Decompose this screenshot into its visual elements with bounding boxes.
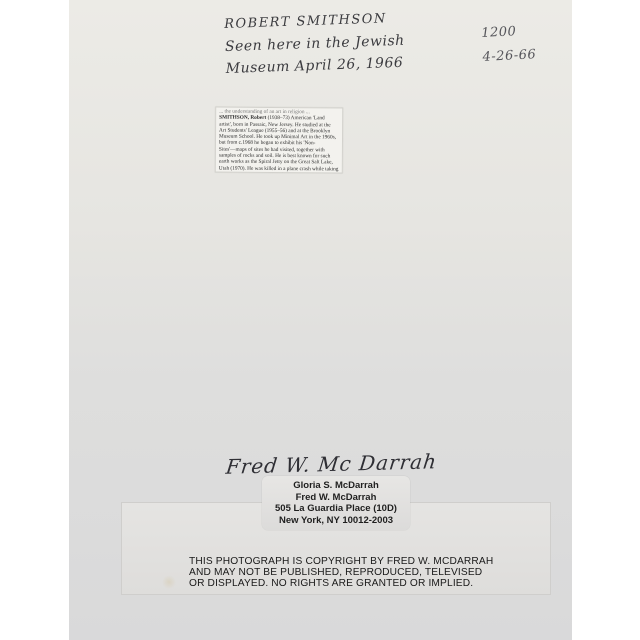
clipping-entry-name: SMITHSON, Robert [219, 115, 266, 121]
paper-stain [162, 575, 176, 589]
address-line: 505 La Guardia Place (10D) [262, 503, 410, 515]
handwritten-reference: 1200 4-26-66 [481, 19, 537, 70]
reference-number: 1200 [481, 19, 536, 46]
address-line: New York, NY 10012-2003 [262, 515, 410, 527]
copyright-notice: THIS PHOTOGRAPH IS COPYRIGHT BY FRED W. … [189, 556, 493, 589]
reference-date: 4-26-66 [482, 43, 537, 70]
copyright-line: OR DISPLAYED. NO RIGHTS ARE GRANTED OR I… [189, 578, 493, 589]
address-line: Fred W. McDarrah [262, 492, 410, 504]
handwritten-caption: ROBERT SMITHSON Seen here in the Jewish … [224, 8, 406, 80]
address-label: Gloria S. McDarrah Fred W. McDarrah 505 … [262, 476, 410, 530]
address-line: Gloria S. McDarrah [262, 480, 410, 492]
copyright-line: AND MAY NOT BE PUBLISHED, REPRODUCED, TE… [189, 567, 493, 578]
photo-scan: ROBERT SMITHSON Seen here in the Jewish … [0, 0, 640, 640]
biography-clipping: ... the understanding of an art in relig… [215, 107, 343, 174]
clipping-line: (1938–73) American 'Land [268, 115, 325, 121]
copyright-line: THIS PHOTOGRAPH IS COPYRIGHT BY FRED W. … [189, 556, 493, 567]
